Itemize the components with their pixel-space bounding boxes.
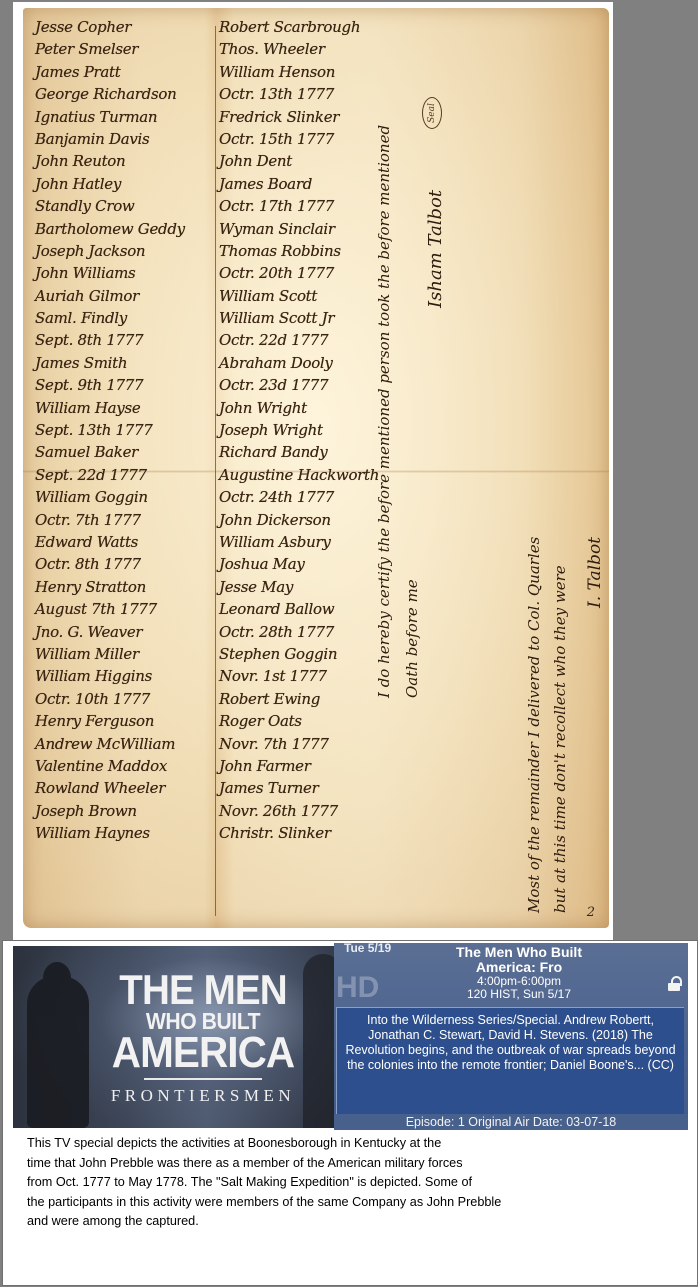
document-entry: Sept. 22d 1777 [35,464,185,486]
document-entry: William Henson [219,61,379,83]
document-entry: Novr. 7th 1777 [219,733,379,755]
caption-line: This TV special depicts the activities a… [27,1133,661,1153]
document-entry: John Dickerson [219,509,379,531]
document-entry: Auriah Gilmor [35,285,185,307]
document-entry: James Pratt [35,61,185,83]
document-entry: August 7th 1777 [35,598,185,620]
document-entry: Thomas Robbins [219,240,379,262]
document-entry: Robert Ewing [219,688,379,710]
seal-mark: Seal [422,97,442,129]
title-divider [144,1078,262,1080]
program-channel: 120 HIST, Sun 5/17 [394,988,644,1001]
document-entry: Joshua May [219,553,379,575]
document-entry: Roger Oats [219,710,379,732]
tv-info-panel: THE MEN WHO BUILT AMERICA FRONTIERSMEN H… [2,940,698,1286]
show-title-logo: THE MEN WHO BUILT AMERICA FRONTIERSMEN [93,970,313,1106]
program-title-1: The Men Who Built [394,945,644,960]
document-entry: Peter Smelser [35,38,185,60]
episode-info: Episode: 1 Original Air Date: 03-07-18 [334,1114,688,1130]
document-entry: Bartholomew Geddy [35,218,185,240]
document-entry: Octr. 8th 1777 [35,553,185,575]
document-entry: Octr. 22d 1777 [219,329,379,351]
document-entry: Henry Ferguson [35,710,185,732]
certification-line-1: I do hereby certify the before mentioned… [375,125,393,698]
left-names-column: Jesse CopherPeter SmelserJames PrattGeor… [35,16,185,844]
document-entry: John Hatley [35,173,185,195]
document-entry: Octr. 28th 1777 [219,621,379,643]
signature-isham-talbot: Isham Talbot [425,190,446,308]
document-entry: John Williams [35,262,185,284]
document-entry: Henry Stratton [35,576,185,598]
caption-text: This TV special depicts the activities a… [27,1133,661,1231]
document-entry: John Reuton [35,150,185,172]
document-entry: William Asbury [219,531,379,553]
document-entry: William Higgins [35,665,185,687]
document-entry: John Farmer [219,755,379,777]
document-entry: Sept. 9th 1777 [35,374,185,396]
document-entry: Rowland Wheeler [35,777,185,799]
document-entry: William Haynes [35,822,185,844]
document-entry: Valentine Maddox [35,755,185,777]
document-entry: Leonard Ballow [219,598,379,620]
document-entry: Joseph Wright [219,419,379,441]
document-entry: Novr. 1st 1777 [219,665,379,687]
document-entry: Octr. 13th 1777 [219,83,379,105]
tv-guide-screen: HD Tue 5/19 The Men Who Built America: F… [334,943,688,1130]
document-entry: James Board [219,173,379,195]
document-entry: George Richardson [35,83,185,105]
document-entry: Octr. 23d 1777 [219,374,379,396]
document-entry: Augustine Hackworth [219,464,379,486]
document-entry: Octr. 20th 1777 [219,262,379,284]
caption-line: time that John Prebble was there as a me… [27,1153,661,1173]
document-entry: James Smith [35,352,185,374]
document-entry: James Turner [219,777,379,799]
document-entry: Sept. 8th 1777 [35,329,185,351]
hd-watermark: HD [336,971,379,1005]
document-entry: Sept. 13th 1777 [35,419,185,441]
document-entry: William Miller [35,643,185,665]
title-line-1: THE MEN [102,970,304,1010]
document-entry: Abraham Dooly [219,352,379,374]
note-line-2: but at this time don't recollect who the… [551,565,569,913]
title-line-3: AMERICA [102,1032,304,1074]
document-entry: Ignatius Turman [35,106,185,128]
page-number: 2 [587,905,595,920]
document-entry: Octr. 10th 1777 [35,688,185,710]
signature-talbot: I. Talbot [585,537,605,608]
document-entry: Stephen Goggin [219,643,379,665]
document-entry: Jno. G. Weaver [35,621,185,643]
right-names-column: Robert ScarbroughThos. WheelerWilliam He… [219,16,379,844]
lock-open-icon [668,983,680,991]
caption-line: and were among the captured. [27,1211,661,1231]
document-entry: Jesse May [219,576,379,598]
tv-title-card: THE MEN WHO BUILT AMERICA FRONTIERSMEN [13,946,335,1128]
document-entry: Joseph Brown [35,800,185,822]
document-entry: William Hayse [35,397,185,419]
document-image-frame: Jesse CopherPeter SmelserJames PrattGeor… [13,2,613,940]
guide-date: Tue 5/19 [344,943,391,955]
document-entry: Novr. 26th 1777 [219,800,379,822]
document-entry: Octr. 24th 1777 [219,486,379,508]
document-entry: Octr. 15th 1777 [219,128,379,150]
document-entry: Octr. 7th 1777 [35,509,185,531]
certification-line-2: Oath before me [403,579,421,698]
document-entry: William Goggin [35,486,185,508]
parchment-document: Jesse CopherPeter SmelserJames PrattGeor… [23,8,609,928]
document-entry: Joseph Jackson [35,240,185,262]
document-entry: Edward Watts [35,531,185,553]
document-entry: Thos. Wheeler [219,38,379,60]
document-entry: Wyman Sinclair [219,218,379,240]
caption-line: from Oct. 1777 to May 1778. The "Salt Ma… [27,1172,661,1192]
document-entry: Standly Crow [35,195,185,217]
document-entry: Christr. Slinker [219,822,379,844]
document-entry: Saml. Findly [35,307,185,329]
document-entry: William Scott Jr [219,307,379,329]
document-entry: John Wright [219,397,379,419]
document-entry: Samuel Baker [35,441,185,463]
document-entry: Octr. 17th 1777 [219,195,379,217]
program-header: The Men Who Built America: Fro 4:00pm-6:… [394,945,644,1001]
title-subtitle: FRONTIERSMEN [93,1086,313,1106]
caption-line: the participants in this activity were m… [27,1192,661,1212]
frontiersman-silhouette [27,976,89,1128]
document-entry: Andrew McWilliam [35,733,185,755]
document-entry: John Dent [219,150,379,172]
document-entry: Jesse Copher [35,16,185,38]
column-rule [215,26,216,916]
document-entry: Richard Bandy [219,441,379,463]
document-entry: William Scott [219,285,379,307]
document-entry: Fredrick Slinker [219,106,379,128]
document-entry: Robert Scarbrough [219,16,379,38]
note-line-1: Most of the remainder I delivered to Col… [525,537,543,913]
program-title-2: America: Fro [394,960,644,975]
program-description: Into the Wilderness Series/Special. Andr… [336,1007,684,1115]
document-entry: Banjamin Davis [35,128,185,150]
